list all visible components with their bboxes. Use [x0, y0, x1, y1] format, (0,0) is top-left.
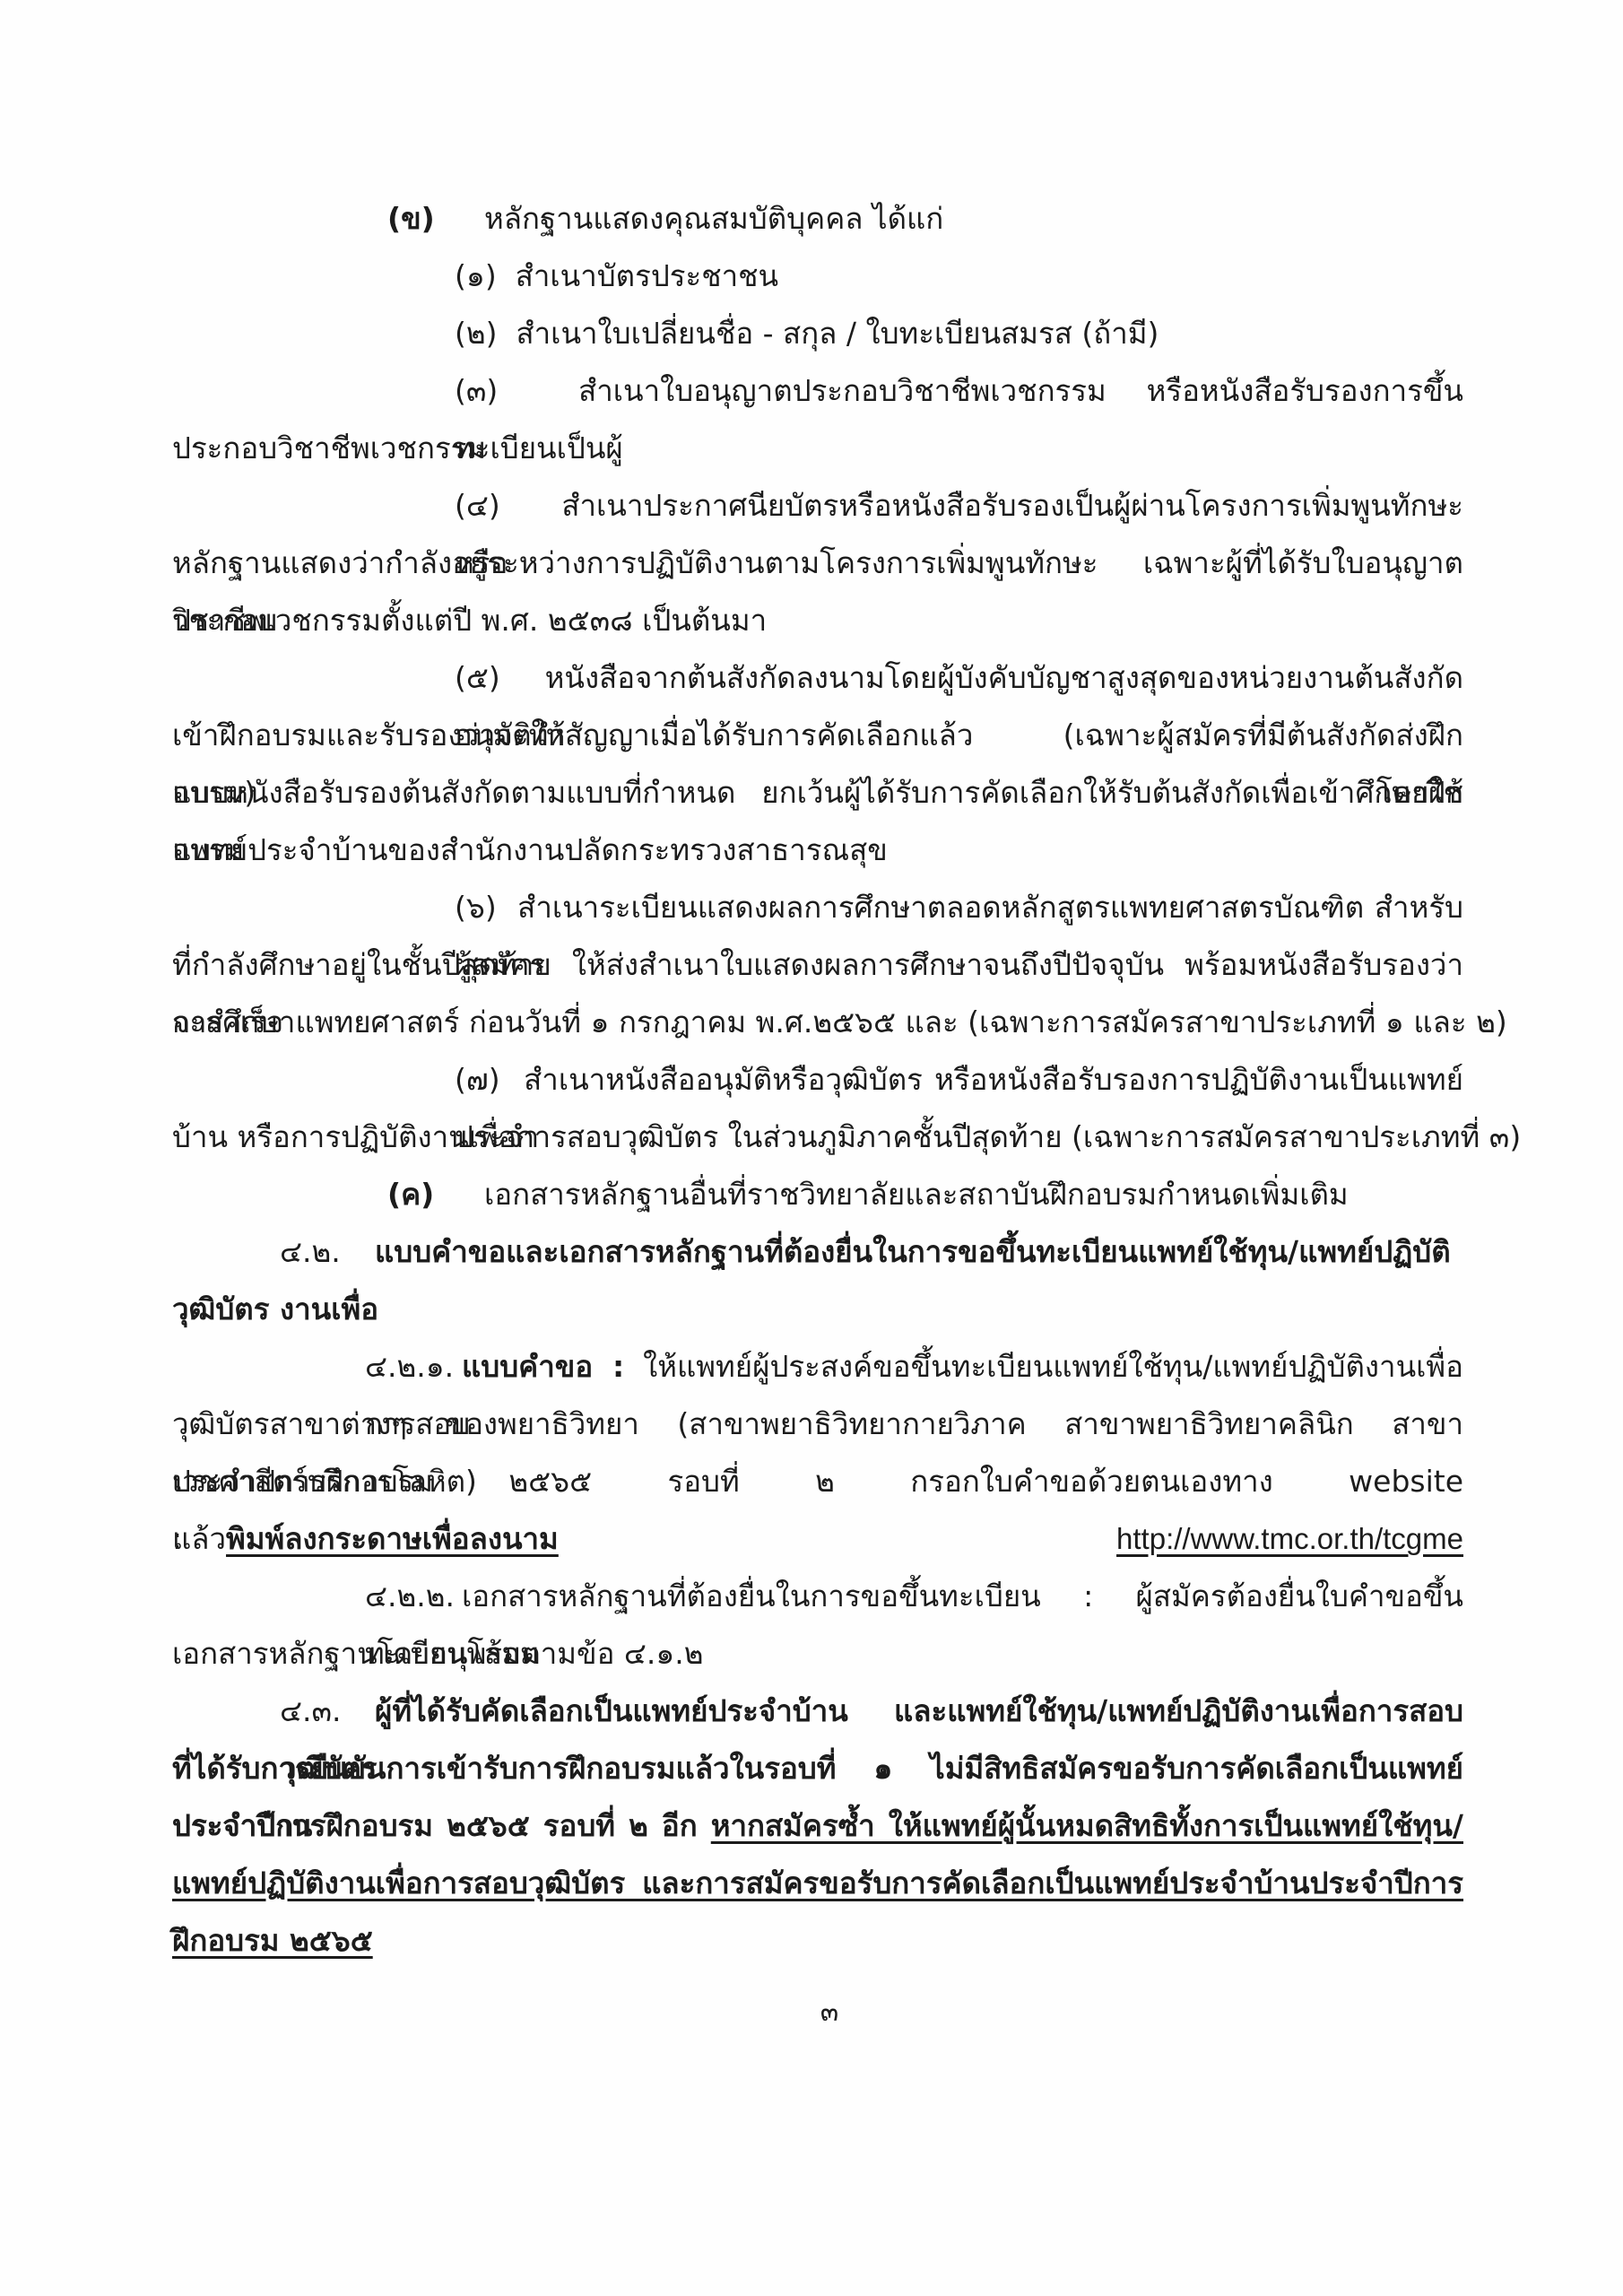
item-number: (๗) — [455, 1062, 500, 1097]
item-text: สำเนาบัตรประชาชน — [516, 258, 778, 293]
list-item-4: (๔) สำเนาประกาศนียบัตรหรือหนังสือรับรองเ… — [172, 477, 1463, 535]
list-item-5-cont: แพทย์ประจำบ้านของสำนักงานปลัดกระทรวงสาธา… — [172, 822, 1463, 879]
item-number: (๔) — [455, 488, 500, 523]
section-4-3: ๔.๓.ผู้ที่ได้รับคัดเลือกเป็นแพทย์ประจำบ้… — [172, 1683, 1463, 1740]
section-4-3-warning-end: ฝึกอบรม ๒๕๖๕ — [172, 1912, 1463, 1970]
item-number: (๓) — [455, 373, 498, 408]
section-kho-title: หลักฐานแสดงคุณสมบัติบุคคล ได้แก่ — [484, 201, 943, 236]
section-4-2-1-text: แล้ว — [172, 1521, 226, 1556]
section-4-3-warning: หากสมัครซ้ำ ให้แพทย์ผู้นั้นหมดสิทธิทั้งก… — [711, 1808, 1463, 1843]
list-item-1: (๑) สำเนาบัตรประชาชน — [172, 248, 1463, 305]
section-4-2-2-number: ๔.๒.๒. — [365, 1568, 462, 1625]
item-number: (๑) — [455, 258, 497, 293]
section-4-2-1-cont: แล้วพิมพ์ลงกระดาษเพื่อลงนาม — [172, 1510, 1463, 1568]
section-4-2-2: ๔.๒.๒.เอกสารหลักฐานที่ต้องยื่นในการขอขึ้… — [172, 1568, 1463, 1625]
list-item-5-cont: แบบหนังสือรับรองต้นสังกัดตามแบบที่กำหนด … — [172, 764, 1463, 822]
section-4-2-2-cont: เอกสารหลักฐานโดยอนุโลมตามข้อ ๔.๑.๒ — [172, 1625, 1463, 1683]
document-body: (ข)หลักฐานแสดงคุณสมบัติบุคคล ได้แก่ (๑) … — [172, 190, 1463, 1970]
section-4-2-1-heading: แบบคำขอ : — [462, 1349, 624, 1384]
print-and-sign-note: พิมพ์ลงกระดาษเพื่อลงนาม — [226, 1521, 559, 1556]
list-item-7-cont: บ้าน หรือการปฏิบัติงานเพื่อการสอบวุฒิบัต… — [172, 1109, 1463, 1166]
item-number: (๕) — [455, 660, 500, 695]
section-kho-label: (ข) — [387, 190, 484, 248]
document-page: (ข)หลักฐานแสดงคุณสมบัติบุคคล ได้แก่ (๑) … — [0, 0, 1623, 2296]
section-4-2-1-number: ๔.๒.๑. — [365, 1338, 462, 1396]
section-kho-heading: (ข)หลักฐานแสดงคุณสมบัติบุคคล ได้แก่ — [172, 190, 1463, 248]
list-item-7: (๗) สำเนาหนังสืออนุมัติหรือวุฒิบัตร หรือ… — [172, 1051, 1463, 1109]
list-item-6-cont: ที่กำลังศึกษาอยู่ในชั้นปีสุดท้าย ให้ส่งส… — [172, 936, 1463, 994]
list-item-6-cont: การศึกษาแพทยศาสตร์ ก่อนวันที่ ๑ กรกฎาคม … — [172, 994, 1463, 1051]
item-number: (๒) — [455, 316, 498, 351]
section-kha-label: (ค) — [387, 1166, 484, 1223]
list-item-3-cont: ประกอบวิชาชีพเวชกรรม — [172, 420, 1463, 477]
section-4-3-text: ประจำปีการฝึกอบรม ๒๕๖๕ รอบที่ ๒ อีก — [172, 1808, 698, 1843]
list-item-4-cont: หลักฐานแสดงว่ากำลังอยู่ระหว่างการปฏิบัติ… — [172, 535, 1463, 592]
list-item-5-cont: เข้าฝึกอบรมและรับรองว่าจะทำสัญญาเมื่อได้… — [172, 707, 1463, 764]
section-4-3-cont: ที่ได้รับการยืนยันการเข้ารับการฝึกอบรมแล… — [172, 1740, 1463, 1797]
list-item-5: (๕) หนังสือจากต้นสังกัดลงนามโดยผู้บังคับ… — [172, 649, 1463, 707]
section-4-3-cont: ประจำปีการฝึกอบรม ๒๕๖๕ รอบที่ ๒ อีก หากส… — [172, 1797, 1463, 1855]
item-number: (๖) — [455, 890, 497, 925]
section-4-2-number: ๔.๒. — [280, 1223, 375, 1281]
section-4-3-warning-cont: แพทย์ปฏิบัติงานเพื่อการสอบวุฒิบัตร และกา… — [172, 1855, 1463, 1912]
section-4-2-heading: ๔.๒.แบบคำขอและเอกสารหลักฐานที่ต้องยื่นใน… — [172, 1223, 1463, 1281]
section-4-2-1-cont: ประจำปีการฝึกอบรม ๒๕๖๕ รอบที่ ๒ กรอกใบคำ… — [172, 1453, 1463, 1510]
section-4-3-warning-text: ฝึกอบรม ๒๕๖๕ — [172, 1923, 373, 1958]
section-4-2-1-cont: วุฒิบัตรสาขาต่างๆ ของพยาธิวิทยา (สาขาพยา… — [172, 1396, 1463, 1453]
section-4-2-title-cont: วุฒิบัตร — [172, 1281, 1463, 1338]
section-4-2-1: ๔.๒.๑.แบบคำขอ : ให้แพทย์ผู้ประสงค์ขอขึ้น… — [172, 1338, 1463, 1396]
section-4-3-number: ๔.๓. — [280, 1683, 375, 1740]
list-item-4-cont: วิชาชีพเวชกรรมตั้งแต่ปี พ.ศ. ๒๕๓๘ เป็นต้… — [172, 592, 1463, 649]
page-number: ๓ — [803, 1991, 856, 2033]
list-item-2: (๒) สำเนาใบเปลี่ยนชื่อ - สกุล / ใบทะเบีย… — [172, 305, 1463, 362]
section-kha-text: เอกสารหลักฐานอื่นที่ราชวิทยาลัยและสถาบัน… — [484, 1177, 1349, 1212]
section-kha: (ค)เอกสารหลักฐานอื่นที่ราชวิทยาลัยและสถา… — [172, 1166, 1463, 1223]
list-item-6: (๖) สำเนาระเบียนแสดงผลการศึกษาตลอดหลักสู… — [172, 879, 1463, 936]
item-text: สำเนาใบเปลี่ยนชื่อ - สกุล / ใบทะเบียนสมร… — [516, 316, 1159, 351]
list-item-3: (๓) สำเนาใบอนุญาตประกอบวิชาชีพเวชกรรม หร… — [172, 362, 1463, 420]
